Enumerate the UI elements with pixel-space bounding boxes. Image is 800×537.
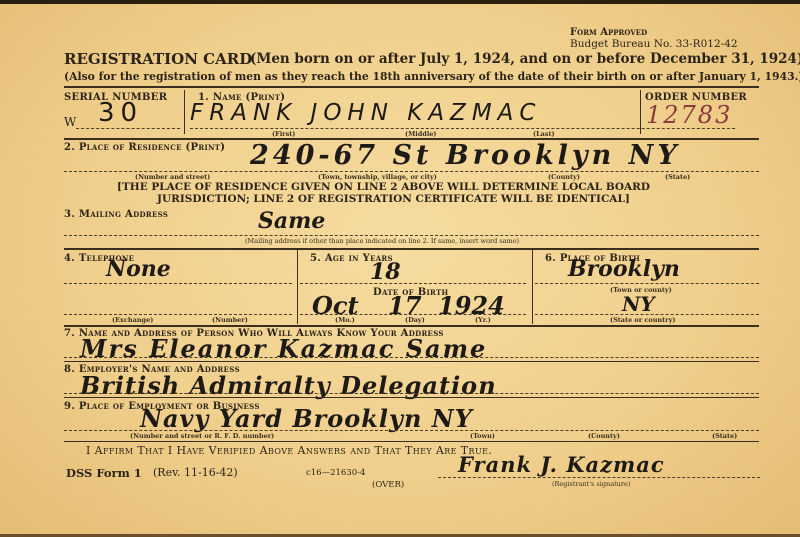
employer-underline xyxy=(64,393,759,394)
sub-town: (Town, township, village, or city) xyxy=(318,173,437,181)
sub-street-rfd: (Number and street or R. F. D. number) xyxy=(130,432,274,440)
name-value: FRANK JOHN KAZMAC xyxy=(190,100,541,126)
mailing-address-label: 3. Mailing Address xyxy=(64,209,168,220)
over-note: (OVER) xyxy=(372,480,404,490)
row-rule xyxy=(64,397,759,398)
telephone-underline xyxy=(64,283,292,284)
sub-number: (Number) xyxy=(212,316,248,324)
mailing-sub: (Mailing address if other than place ind… xyxy=(245,237,519,245)
sub-exchange: (Exchange) xyxy=(112,316,153,324)
birthplace-state-underline xyxy=(535,314,759,315)
serial-underline xyxy=(76,128,180,129)
divider xyxy=(297,250,298,324)
residence-notice-2: JURISDICTION; LINE 2 OF REGISTRATION CER… xyxy=(157,193,630,205)
sub-town: (Town) xyxy=(470,432,495,440)
registrant-signature: Frank J. Kazmac xyxy=(458,452,665,477)
signature-line xyxy=(438,477,760,478)
sub-middle: (Middle) xyxy=(405,130,437,138)
sub-state: (State) xyxy=(665,173,690,181)
form-revision: (Rev. 11-16-42) xyxy=(153,466,238,479)
contact-underline xyxy=(64,357,759,358)
row-rule xyxy=(64,325,759,327)
contact-value: Mrs Eleanor Kazmac Same xyxy=(80,334,487,363)
affirmation-text: I Affirm That I Have Verified Above Answ… xyxy=(86,444,492,457)
sub-mo: (Mo.) xyxy=(335,316,355,324)
row-rule xyxy=(64,248,759,250)
sub-day: (Day) xyxy=(405,316,425,324)
dob-underline xyxy=(300,314,526,315)
card-scope-note: (Also for the registration of men as the… xyxy=(64,70,800,83)
employment-place-value: Navy Yard Brooklyn NY xyxy=(140,404,473,433)
residence-value: 240-67 St Brooklyn NY xyxy=(250,140,681,171)
budget-bureau-number: Budget Bureau No. 33-R012-42 xyxy=(570,38,738,50)
residence-underline xyxy=(64,171,759,172)
residence-label: 2. Place of Residence (Print) xyxy=(64,142,225,153)
dob-year: 1924 xyxy=(438,291,505,320)
employment-place-underline xyxy=(64,430,759,431)
row-rule xyxy=(64,361,759,362)
employer-value: British Admiralty Delegation xyxy=(80,371,497,400)
mailing-underline xyxy=(64,235,759,236)
registration-card: Form Approved Budget Bureau No. 33-R012-… xyxy=(0,0,800,537)
residence-notice-1: [THE PLACE OF RESIDENCE GIVEN ON LINE 2 … xyxy=(117,181,650,193)
form-id: DSS Form 1 xyxy=(66,466,142,480)
sub-county: (County) xyxy=(588,432,620,440)
age-underline xyxy=(300,283,526,284)
serial-number-value: 30 xyxy=(98,98,143,128)
divider xyxy=(640,90,641,134)
age-value: 18 xyxy=(370,259,401,285)
print-code: c16—21630-4 xyxy=(306,468,365,478)
birthplace-state: NY xyxy=(622,292,655,316)
sub-yr: (Yr.) xyxy=(475,316,491,324)
order-number-value: 12783 xyxy=(646,101,732,129)
row-rule xyxy=(64,441,759,442)
sub-last: (Last) xyxy=(533,130,555,138)
divider xyxy=(532,250,533,324)
birthplace-underline xyxy=(535,283,759,284)
divider xyxy=(184,90,185,134)
birthplace-town: Brooklyn xyxy=(568,256,680,282)
card-subtitle: (Men born on or after July 1, 1924, and … xyxy=(250,51,800,67)
sub-state: (State) xyxy=(712,432,737,440)
sub-street: (Number and street) xyxy=(135,173,210,181)
sub-state-country: (State or country) xyxy=(610,316,675,324)
sub-county: (County) xyxy=(548,173,580,181)
form-approved: Form Approved xyxy=(570,27,647,38)
signature-sub: (Registrant's signature) xyxy=(552,480,630,488)
card-title: REGISTRATION CARD xyxy=(64,50,252,68)
header-rule xyxy=(64,86,759,88)
serial-prefix: W xyxy=(64,115,76,129)
telephone-underline-2 xyxy=(64,314,292,315)
mailing-address-value: Same xyxy=(258,208,325,234)
sub-first: (First) xyxy=(272,130,295,138)
telephone-value: None xyxy=(106,256,171,282)
